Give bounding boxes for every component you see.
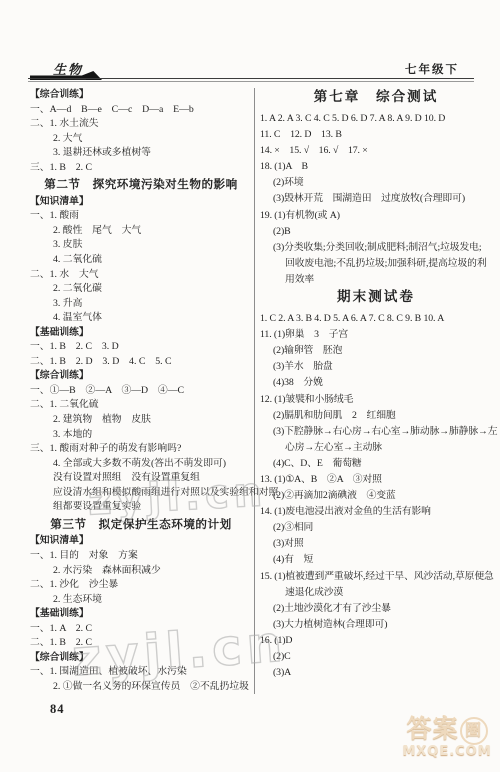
answer-line: 一、1. 酸雨	[30, 209, 252, 224]
answer-line: (3)下腔静脉→右心房→右心室→肺动脉→肺静脉→左	[260, 424, 492, 440]
answer-line: 应设清水组和模拟酸雨组进行对照以及实验组和对照	[30, 486, 252, 501]
answer-line: (2)③相同	[260, 520, 492, 536]
answer-line: (4)C、D、E 葡萄糖	[260, 456, 492, 472]
answer-line: 2. 二氧化碳	[30, 282, 252, 297]
answer-line: (3)羊水 胎盘	[260, 359, 492, 375]
answer-line: (3)分类收集;分类回收;制成肥料;制沼气;垃圾发电;	[260, 240, 492, 256]
answer-line: 【综合训练】	[30, 88, 252, 103]
answer-line: 速退化成沙漠	[260, 585, 492, 601]
answer-line: 【基础训练】	[30, 326, 252, 341]
answer-line: 2. ①做一名义务的环保宣传员 ②不乱扔垃圾	[30, 680, 252, 695]
logo-circle-char: 圈	[460, 717, 488, 745]
answer-line: 14. × 15. √ 16. √ 17. ×	[260, 143, 492, 159]
answer-line: 2. 酸性 尾气 大气	[30, 224, 252, 239]
header-rule	[28, 78, 474, 79]
answer-line: (2)输卵管 胚泡	[260, 343, 492, 359]
answer-line: 1. C 2. A 3. B 4. D 5. A 6. A 7. C 8. C …	[260, 311, 492, 327]
answer-line: 16. (1)D	[260, 633, 492, 649]
answer-line: 没有设置对照组 没有设置重复组	[30, 471, 252, 486]
answer-line: 二、1. 水土流失	[30, 117, 252, 132]
answer-line: 3. 皮肤	[30, 238, 252, 253]
answer-line: 13. (1)①A、B ②A ③对照	[260, 472, 492, 488]
answer-line: 2. 大气	[30, 132, 252, 147]
answer-line: (3)毁林开荒 围湖造田 过度放牧(合理即可)	[260, 191, 492, 207]
answer-line: 用效率	[260, 272, 492, 288]
answer-line: 一、1. B 2. C 3. D	[30, 340, 252, 355]
answer-line: 4. 全部或大多数不萌发(答出不萌发即可)	[30, 457, 252, 472]
answer-line: (2)土地沙漠化才有了沙尘暴	[260, 601, 492, 617]
answer-site-logo: 答案圈 MXQE.COM	[396, 716, 498, 759]
answer-line: 2. 水污染 森林面积减少	[30, 564, 252, 579]
right-column: 第七章 综合测试1. A 2. A 3. C 4. C 5. D 6. D 7.…	[260, 88, 492, 681]
answer-line: 一、①—B ②—A ③—D ④—C	[30, 384, 252, 399]
answer-line: 3. 升高	[30, 297, 252, 312]
answer-line: 二、1. 水 大气	[30, 268, 252, 283]
answer-line: 1. A 2. A 3. C 4. C 5. D 6. D 7. A 8. A …	[260, 111, 492, 127]
answer-line: 19. (1)有机物(或 A)	[260, 208, 492, 224]
answer-line: 【综合训练】	[30, 651, 252, 666]
answer-line: 4. 二氧化硫	[30, 253, 252, 268]
answer-line: (3)A	[260, 665, 492, 681]
answer-line: 2. 生态环境	[30, 593, 252, 608]
section-title: 第三节 拟定保护生态环境的计划	[30, 518, 252, 533]
answer-line: 14. (1)废电池浸出液对金鱼的生活有影响	[260, 504, 492, 520]
answer-line: 三、1. 酸雨对种子的萌发有影响吗?	[30, 442, 252, 457]
answer-line: (2)环境	[260, 175, 492, 191]
section-title: 第七章 综合测试	[260, 88, 492, 106]
answer-line: 一、1. A 2. C	[30, 622, 252, 637]
answer-line: 3. 退耕还林或多植树等	[30, 146, 252, 161]
answer-line: 【综合训练】	[30, 369, 252, 384]
answer-line: 12. (1)皱襞和小肠绒毛	[260, 392, 492, 408]
answer-line: (4)38 分娩	[260, 375, 492, 391]
grade-label: 七年级下	[405, 61, 459, 77]
answer-line: (2)B	[260, 224, 492, 240]
answer-line: (3)大力植树造林(合理即可)	[260, 617, 492, 633]
answer-line: 【基础训练】	[30, 607, 252, 622]
header-rule-thin	[28, 81, 474, 82]
answer-line: 一、1. 围湖造田、植被破坏、水污染	[30, 665, 252, 680]
answer-line: (4)有 短	[260, 552, 492, 568]
answer-line: 二、1. B 2. D 3. D 4. C 5. C	[30, 355, 252, 370]
logo-site-url: MXQE.COM	[396, 745, 498, 759]
answer-line: 组都要设置重复实验	[30, 500, 252, 515]
column-divider	[254, 88, 255, 694]
answer-line: (2)C	[260, 649, 492, 665]
answer-line: 15. (1)植被遭到严重破坏,经过干旱、风沙活动,草原便急	[260, 569, 492, 585]
scanned-answer-page: 生物 七年级下 【综合训练】一、A—d B—e C—c D—a E—b二、1. …	[0, 0, 500, 772]
logo-title: 答案圈	[396, 716, 498, 745]
section-title: 期末测试卷	[260, 288, 492, 306]
answer-line: (2)膈肌和肋间肌 2 红细胞	[260, 408, 492, 424]
answer-line: 一、A—d B—e C—c D—a E—b	[30, 103, 252, 118]
answer-line: 4. 温室气体	[30, 311, 252, 326]
answer-line: 3. 本地的	[30, 428, 252, 443]
answer-line: 2. 建筑物 植物 皮肤	[30, 413, 252, 428]
left-column: 【综合训练】一、A—d B—e C—c D—a E—b二、1. 水土流失2. 大…	[30, 88, 252, 694]
answer-line: (2)②再滴加2滴碘液 ④变蓝	[260, 488, 492, 504]
answer-line: 11. (1)卵巢 3 子宫	[260, 327, 492, 343]
answer-line: 二、1. B 2. C	[30, 636, 252, 651]
subject-label: 生物	[50, 59, 86, 80]
page-number: 84	[50, 702, 65, 717]
logo-title-text: 答案	[406, 716, 458, 743]
answer-line: 11. C 12. D 13. B	[260, 127, 492, 143]
section-title: 第二节 探究环境污染对生物的影响	[30, 178, 252, 193]
answer-line: 一、1. 目的 对象 方案	[30, 549, 252, 564]
answer-line: 二、1. 二氧化硫	[30, 398, 252, 413]
answer-line: 心房→左心室→主动脉	[260, 440, 492, 456]
answer-line: (3)对照	[260, 536, 492, 552]
answer-line: 18. (1)A B	[260, 159, 492, 175]
answer-line: 三、1. B 2. C	[30, 161, 252, 176]
answer-line: 【知识清单】	[30, 534, 252, 549]
answer-line: 【知识清单】	[30, 195, 252, 210]
answer-line: 回收废电池;不乱扔垃圾;加强科研,提高垃圾的利	[260, 256, 492, 272]
answer-line: 二、1. 沙化 沙尘暴	[30, 578, 252, 593]
